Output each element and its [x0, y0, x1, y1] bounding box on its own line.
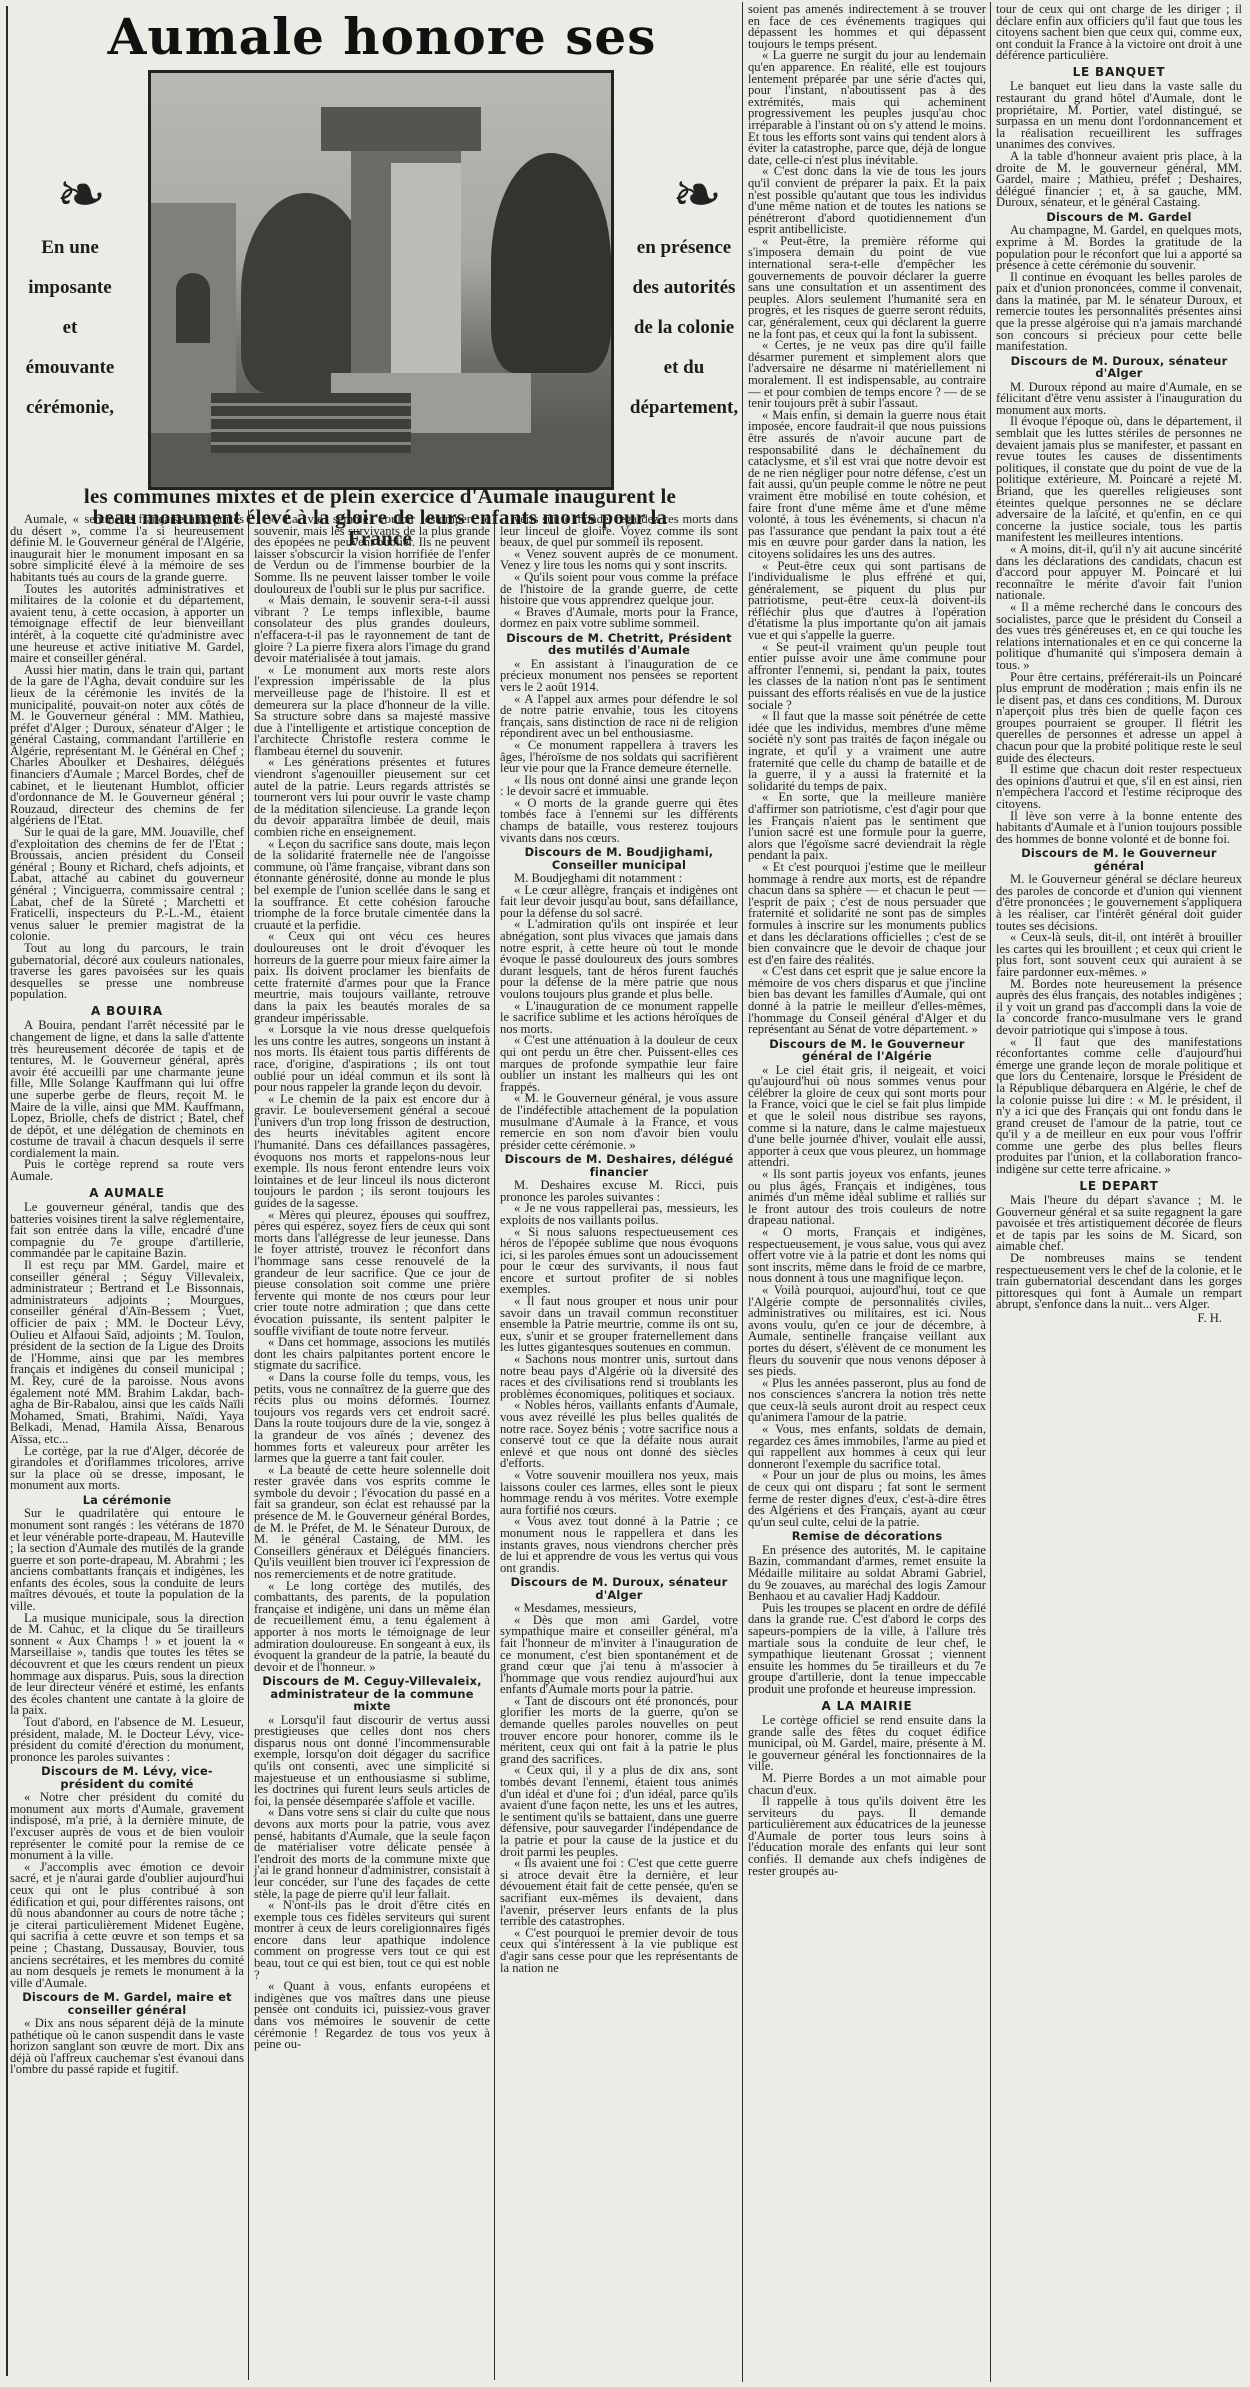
- column-rule-4: [990, 2, 991, 2382]
- side-word: en présence: [628, 228, 740, 268]
- paragraph: « C'est une atténuation à la douleur de …: [500, 1035, 738, 1093]
- paragraph: Pour être certains, préférerait-ils un P…: [996, 672, 1242, 765]
- paragraph: De nombreuses mains se tendent respectue…: [996, 1253, 1242, 1311]
- paragraph: « A l'appel aux armes pour défendre le s…: [500, 694, 738, 740]
- kicker: [200, 0, 500, 4]
- paragraph: « Peut-être ceux qui sont partisans de l…: [748, 561, 986, 642]
- paragraph: A la table d'honneur avaient pris place,…: [996, 151, 1242, 209]
- paragraph: soient pas amenés indirectement à se tro…: [748, 4, 986, 50]
- ornament-left-icon: ❧: [56, 150, 76, 240]
- newspaper-page: Aumale honore ses morts ❧ ❧ En uneimposa…: [0, 0, 1250, 2387]
- paragraph: « Il faut que des manifestations réconfo…: [996, 1037, 1242, 1176]
- paragraph: Puis les troupes se placent en ordre de …: [748, 1603, 986, 1696]
- section-heading: A AUMALE: [10, 1187, 244, 1199]
- paragraph: « Il faut que la masse soit pénétrée de …: [748, 711, 986, 792]
- side-word: et du: [628, 348, 740, 388]
- paragraph: « Ceux qui ont vécu ces heures douloureu…: [254, 931, 490, 1024]
- section-heading: La cérémonie: [10, 1494, 244, 1506]
- paragraph: « Vous avez tout donné à la Patrie ; ce …: [500, 1516, 738, 1574]
- paragraph: Le cortège officiel se rend ensuite dans…: [748, 1715, 986, 1773]
- paragraph: Le banquet eut lieu dans la vaste salle …: [996, 81, 1242, 151]
- paragraph: « A moins, dit-il, qu'il n'y ait aucune …: [996, 544, 1242, 602]
- ornament-right-icon: ❧: [672, 150, 692, 240]
- monument-steps: [211, 393, 411, 453]
- paragraph: Sur le quadrilatère qui entoure le monum…: [10, 1508, 244, 1612]
- paragraph: « Ce monument rappellera à travers les â…: [500, 740, 738, 775]
- paragraph: Tout au long du parcours, le train guber…: [10, 943, 244, 1001]
- paragraph: « C'est pourquoi le premier devoir de to…: [500, 1928, 738, 1974]
- paragraph: « Sachons nous montrer unis, surtout dan…: [500, 1354, 738, 1400]
- paragraph: Le cortège, par la rue d'Alger, décorée …: [10, 1446, 244, 1492]
- section-heading: Discours de M. Duroux, sénateur d'Alger: [996, 355, 1242, 380]
- paragraph: « Mères qui pleurez, épouses qui souffre…: [254, 1210, 490, 1338]
- paragraph: « Les générations présentes et futures v…: [254, 757, 490, 838]
- article-column-5: tour de ceux qui ont charge de les dirig…: [996, 4, 1242, 1325]
- paragraph: M. Deshaires excuse M. Ricci, puis prono…: [500, 1180, 738, 1203]
- paragraph: « Plus les années passeront, plus au fon…: [748, 1378, 986, 1424]
- paragraph: « C'est donc dans la vie de tous les jou…: [748, 166, 986, 236]
- paragraph: « C'est dans cet esprit que je salue enc…: [748, 966, 986, 1036]
- side-word: En une: [10, 228, 130, 268]
- paragraph: « Notre cher président du comité du monu…: [10, 1792, 244, 1862]
- paragraph: Aumale, « sentinelle française aux porte…: [10, 514, 244, 584]
- column-rule-3: [742, 2, 743, 2382]
- paragraph: « Pour un jour de plus ou moins, les âme…: [748, 1470, 986, 1528]
- paragraph: « Votre souvenir mouillera nos yeux, mai…: [500, 1470, 738, 1516]
- paragraph: « Dans votre sens si clair du culte que …: [254, 1807, 490, 1900]
- paragraph: « Il faut nous grouper et nous unir pour…: [500, 1296, 738, 1354]
- section-heading: Discours de M. Gardel, maire et conseill…: [10, 1991, 244, 2016]
- section-heading: Discours de M. Chetritt, Président des m…: [500, 632, 738, 657]
- paragraph: « Braves d'Aumale, morts pour la France,…: [500, 607, 738, 630]
- paragraph: « Le chemin de la paix est encore dur à …: [254, 1094, 490, 1210]
- paragraph: « Le cœur allègre, français et indigènes…: [500, 885, 738, 920]
- paragraph: « Dès que mon ami Gardel, votre sympathi…: [500, 1615, 738, 1696]
- paragraph: Toutes les autorités administratives et …: [10, 584, 244, 665]
- tree-right: [491, 153, 611, 373]
- paragraph: M. Duroux répond au maire d'Aumale, en s…: [996, 382, 1242, 417]
- paragraph: « Venez souvent auprès de ce monument. V…: [500, 549, 738, 572]
- paragraph: « Il a même recherché dans le concours d…: [996, 602, 1242, 672]
- monument-capital: [321, 107, 481, 151]
- paragraph: « Quant à vous, enfants européens et ind…: [254, 1981, 490, 2051]
- paragraph: Il est reçu par MM. Gardel, maire et con…: [10, 1260, 244, 1446]
- side-word: de la colonie: [628, 308, 740, 348]
- paragraph: Au champagne, M. Gardel, en quelques mot…: [996, 225, 1242, 271]
- paragraph: « La beauté de cette heure solennelle do…: [254, 1465, 490, 1581]
- section-heading: Remise de décorations: [748, 1530, 986, 1542]
- section-heading: Discours de M. Gardel: [996, 211, 1242, 223]
- paragraph: « Dans la course folle du temps, vous, l…: [254, 1372, 490, 1465]
- paragraph: M. Bordes note heureusement la présence …: [996, 979, 1242, 1037]
- paragraph: « Nobles héros, vaillants enfants d'Auma…: [500, 1400, 738, 1470]
- paragraph: Le gouverneur général, tandis que des ba…: [10, 1202, 244, 1260]
- paragraph: « Le ciel était gris, il neigeait, et vo…: [748, 1065, 986, 1169]
- section-heading: Discours de M. Duroux, sénateur d'Alger: [500, 1576, 738, 1601]
- paragraph: « Le monument aux morts reste alors l'ex…: [254, 665, 490, 758]
- paragraph: Tout d'abord, en l'absence de M. Lesueur…: [10, 1717, 244, 1763]
- column-rule-1: [248, 510, 249, 2380]
- chapel-window: [176, 273, 210, 343]
- paragraph: « Leçon du sacrifice sans doute, mais le…: [254, 839, 490, 932]
- section-heading: Discours de M. Ceguy-Villevaleix, admini…: [254, 1675, 490, 1712]
- side-words-left: En uneimposanteetémouvantecérémonie,: [10, 228, 130, 428]
- left-border-rule: [6, 6, 8, 2376]
- side-word: des autorités: [628, 268, 740, 308]
- paragraph: « Tant de discours ont été prononcés, po…: [500, 1696, 738, 1766]
- side-word: et: [10, 308, 130, 348]
- paragraph: « Lorsque la vie nous dresse quelquefois…: [254, 1024, 490, 1094]
- paragraph: « Ils avaient une foi : C'est que cette …: [500, 1858, 738, 1928]
- paragraph: Il évoque l'époque où, dans le départeme…: [996, 416, 1242, 544]
- paragraph: « M. le Gouverneur général, je vous assu…: [500, 1093, 738, 1151]
- paragraph: « O morts de la grande guerre qui êtes t…: [500, 798, 738, 844]
- paragraph: « Je ne vous rappellerai pas, messieurs,…: [500, 1203, 738, 1226]
- article-column-4: soient pas amenés indirectement à se tro…: [748, 4, 986, 1877]
- side-word: émouvante: [10, 348, 130, 388]
- paragraph: Puis le cortège reprend sa route vers Au…: [10, 1159, 244, 1182]
- paragraph: « Mais enfin, si demain la guerre nous é…: [748, 410, 986, 561]
- paragraph: « Et c'est pourquoi j'estime que le meil…: [748, 862, 986, 966]
- section-heading: A BOUIRA: [10, 1005, 244, 1017]
- paragraph: M. le Gouverneur général se déclare heur…: [996, 874, 1242, 932]
- paragraph: « Ceux qui, il y a plus de dix ans, sont…: [500, 1765, 738, 1858]
- paragraph: tour de ceux qui ont charge de les dirig…: [996, 4, 1242, 62]
- paragraph: Il lève son verre à la bonne entente des…: [996, 811, 1242, 846]
- side-words-right: en présencedes autoritésde la colonieet …: [628, 228, 740, 428]
- paragraph: Il estime que chacun doit rester respect…: [996, 764, 1242, 810]
- side-word: cérémonie,: [10, 388, 130, 428]
- article-column-1: Aumale, « sentinelle française aux porte…: [10, 514, 244, 2076]
- paragraph: Il continue en évoquant les belles parol…: [996, 272, 1242, 353]
- paragraph: « Mais demain, le souvenir sera-t-il aus…: [254, 595, 490, 665]
- side-word: département,: [628, 388, 740, 428]
- paragraph: « Ils sont partis joyeux vos enfants, je…: [748, 1169, 986, 1227]
- paragraph: En présence des autorités, M. le capitai…: [748, 1545, 986, 1603]
- section-heading: Discours de M. le Gouverneur général: [996, 847, 1242, 872]
- paragraph: « En sorte, que la meilleure manière d'a…: [748, 792, 986, 862]
- section-heading: Discours de M. le Gouverneur général de …: [748, 1038, 986, 1063]
- section-heading: LE BANQUET: [996, 66, 1242, 78]
- paragraph: « N'ont-ils pas le droit d'être cités en…: [254, 1900, 490, 1981]
- paragraph: Il rappelle à tous qu'ils doivent être l…: [748, 1796, 986, 1877]
- paragraph: Mais l'heure du départ s'avance ; M. le …: [996, 1195, 1242, 1253]
- paragraph: M. Pierre Bordes a un mot aimable pour c…: [748, 1773, 986, 1796]
- paragraph: « Ceux-là seuls, dit-il, ont intérêt à b…: [996, 932, 1242, 978]
- paragraph: « Lorsqu'il faut discourir de vertus aus…: [254, 1715, 490, 1808]
- paragraph: verts sur le monde, regardez ces morts d…: [500, 514, 738, 549]
- paragraph: « Voilà pourquoi, aujourd'hui, tout ce q…: [748, 1285, 986, 1378]
- paragraph: A Bouira, pendant l'arrêt nécessité par …: [10, 1020, 244, 1159]
- article-column-2: « La vie semble vouloir estomper le souv…: [254, 514, 490, 2051]
- paragraph: « Si nous saluons respectueusement ces h…: [500, 1227, 738, 1297]
- column-rule-2: [494, 510, 495, 2380]
- section-heading: A LA MAIRIE: [748, 1700, 986, 1712]
- section-heading: Discours de M. Boudjighami, Conseiller m…: [500, 846, 738, 871]
- paragraph: « L'admiration qu'ils ont inspirée et le…: [500, 919, 738, 1000]
- section-heading: LE DEPART: [996, 1180, 1242, 1192]
- paragraph: Sur le quai de la gare, MM. Jouaville, c…: [10, 827, 244, 943]
- paragraph: « Ils nous ont donné ainsi une grande le…: [500, 775, 738, 798]
- monument-face: [391, 163, 461, 383]
- paragraph: « La vie semble vouloir estomper le souv…: [254, 514, 490, 595]
- paragraph: « O morts, Français et indigènes, respec…: [748, 1227, 986, 1285]
- section-heading: Discours de M. Deshaires, délégué financ…: [500, 1153, 738, 1178]
- paragraph: « Dans cet hommage, associons les mutilé…: [254, 1337, 490, 1372]
- side-word: imposante: [10, 268, 130, 308]
- paragraph: « Peut-être, la première réforme qui s'i…: [748, 236, 986, 340]
- section-heading: Discours de M. Lévy, vice-président du c…: [10, 1765, 244, 1790]
- article-column-3: verts sur le monde, regardez ces morts d…: [500, 514, 738, 1974]
- paragraph: « J'accomplis avec émotion ce devoir sac…: [10, 1862, 244, 1990]
- paragraph: « L'inauguration de ce monument rappelle…: [500, 1001, 738, 1036]
- paragraph: « Vous, mes enfants, soldats de demain, …: [748, 1424, 986, 1470]
- paragraph: « En assistant à l'inauguration de ce pr…: [500, 659, 738, 694]
- paragraph: « Qu'ils soient pour vous comme la préfa…: [500, 572, 738, 607]
- paragraph: « Le long cortège des mutilés, des comba…: [254, 1581, 490, 1674]
- author-signature: F. H.: [996, 1313, 1242, 1325]
- paragraph: « Dix ans nous séparent déjà de la minut…: [10, 2018, 244, 2076]
- paragraph: Aussi hier matin, dans le train qui, par…: [10, 665, 244, 827]
- paragraph: « La guerre ne surgit du jour au lendema…: [748, 50, 986, 166]
- war-memorial-photo: [148, 70, 614, 490]
- paragraph: « Certes, je ne veux pas dire qu'il fail…: [748, 340, 986, 410]
- paragraph: La musique municipale, sous la direction…: [10, 1613, 244, 1717]
- paragraph: « Se peut-il vraiment qu'un peuple tout …: [748, 642, 986, 712]
